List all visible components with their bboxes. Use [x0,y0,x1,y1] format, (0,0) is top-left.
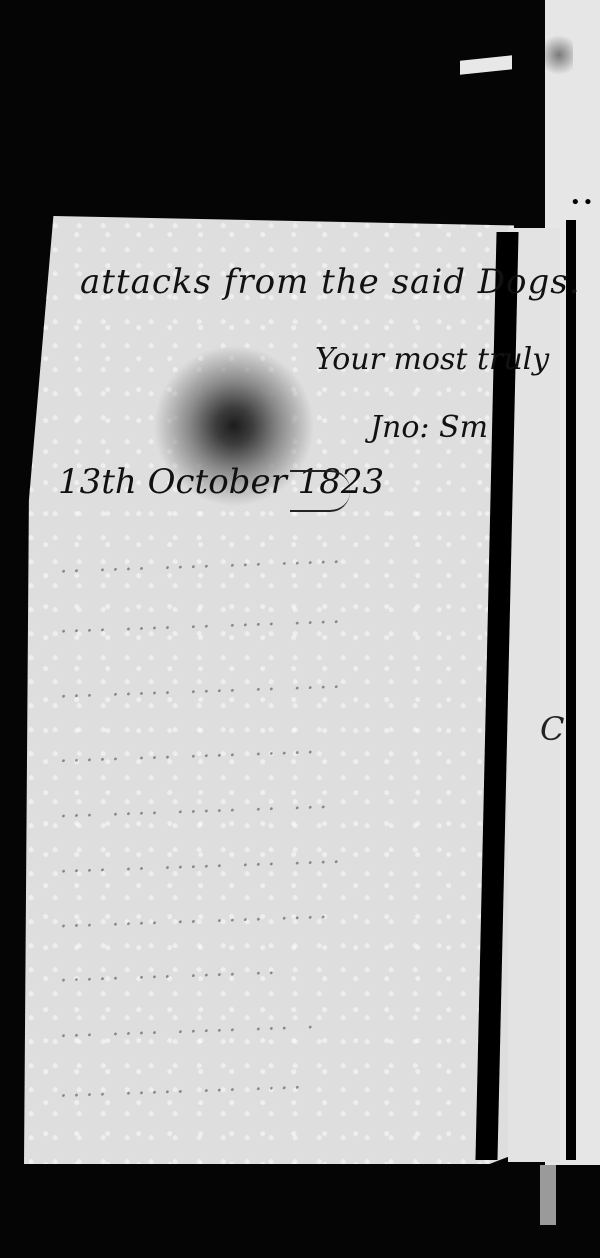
text-line-1: attacks from the said Dogs. [80,262,581,302]
paper-scrap [460,55,512,74]
closing-salutation: Your most truly [315,342,549,377]
date-flourish [290,470,350,512]
margin-dots: •• [570,192,595,213]
strip-fragment-text: C [540,710,564,748]
page-edge-shadow [566,220,576,1160]
binding-clip [540,1165,556,1225]
stain [545,30,573,80]
signature: Jno: Sm [370,410,488,445]
